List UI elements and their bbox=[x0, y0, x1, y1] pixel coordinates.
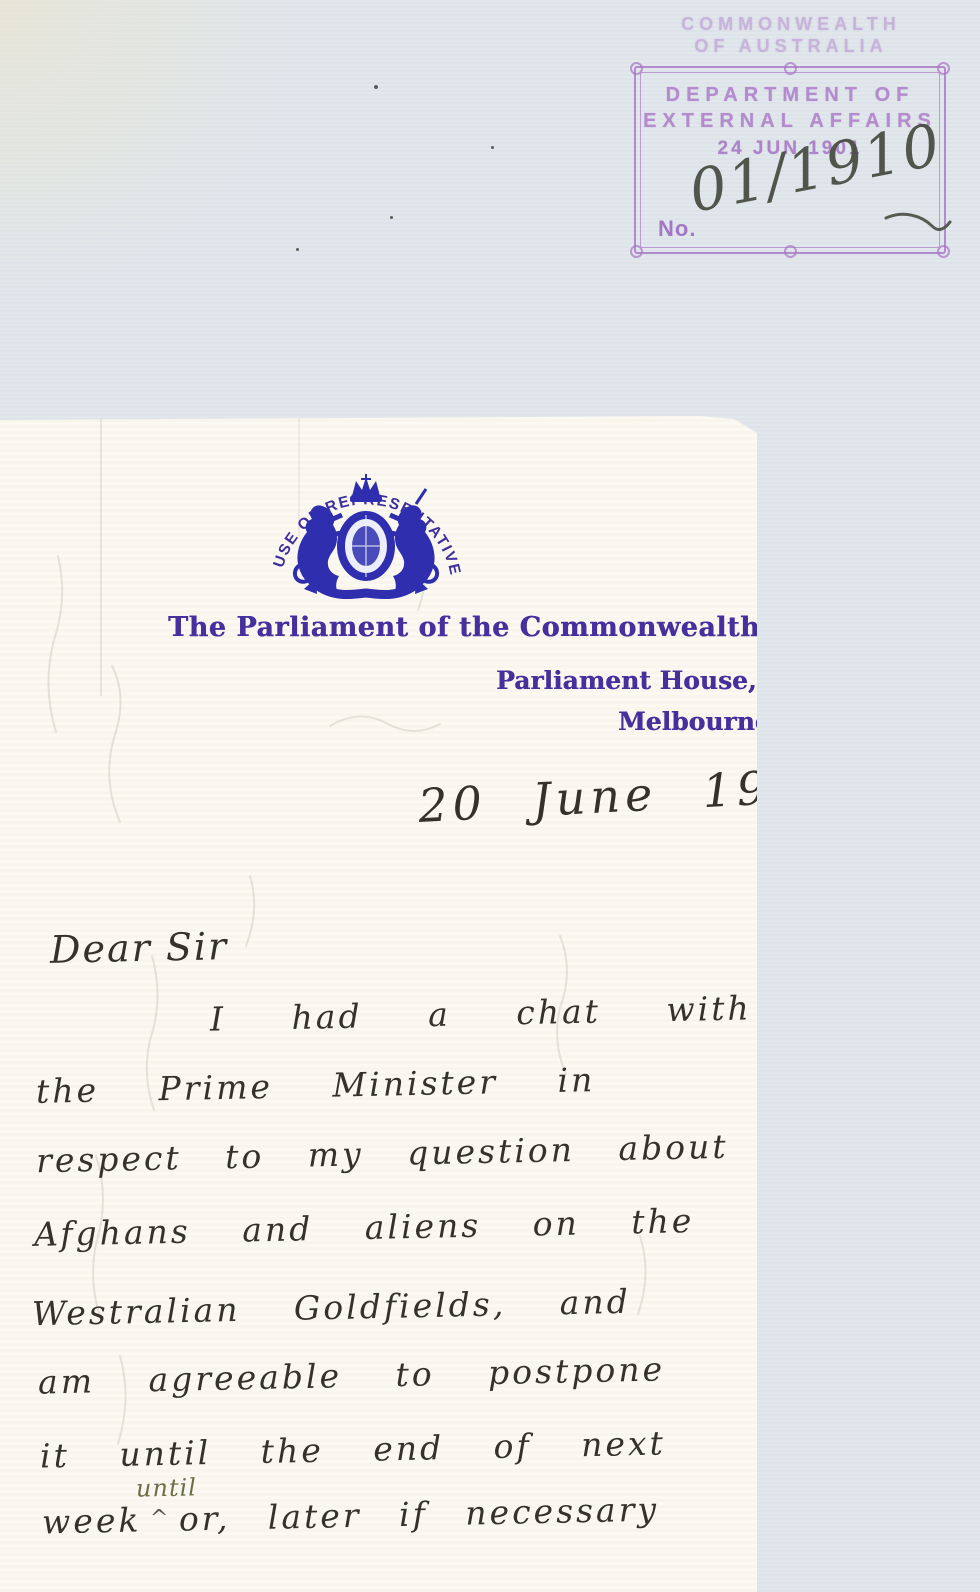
stamp-ornament bbox=[784, 245, 797, 258]
stamp-number-flourish bbox=[884, 210, 952, 240]
stamp-ornament bbox=[630, 62, 643, 75]
stamp-dept-line1: DEPARTMENT OF bbox=[636, 84, 944, 107]
crown-icon bbox=[350, 474, 382, 502]
ink-speck bbox=[491, 146, 494, 149]
stamp-ornament bbox=[784, 62, 797, 75]
stamp-ornament bbox=[937, 62, 950, 75]
stamp-border-box: DEPARTMENT OF EXTERNAL AFFAIRS 24 JUN 19… bbox=[634, 66, 946, 254]
body-line: I had a chat with bbox=[210, 988, 752, 1038]
stamp-header-line2: OF AUSTRALIA bbox=[630, 36, 952, 57]
insertion-word: until bbox=[136, 1473, 197, 1502]
ink-speck bbox=[374, 85, 378, 89]
stamp-ornament bbox=[937, 245, 950, 258]
body-line: Afghans and aliens on the bbox=[34, 1201, 695, 1254]
ink-speck bbox=[296, 248, 299, 251]
body-line: Westralian Goldfields, and bbox=[32, 1282, 631, 1334]
letter-date: 20 June 1901 bbox=[417, 757, 841, 833]
body-line: the Prime Minister in bbox=[36, 1060, 596, 1111]
body-line: it until the end of next bbox=[40, 1423, 667, 1475]
letter-page: HOUSE OF REPRESENTATIVES. bbox=[0, 416, 757, 1592]
letterhead-org: The Parliament of the Commonwealth, bbox=[168, 612, 770, 643]
insertion-caret: ^ bbox=[150, 1506, 169, 1531]
body-line: respect to my question about bbox=[36, 1127, 729, 1180]
scanned-document: COMMONWEALTH OF AUSTRALIA DEPARTMENT OF … bbox=[0, 0, 980, 1592]
body-line: am agreeable to postpone bbox=[38, 1349, 666, 1401]
ink-speck bbox=[390, 216, 393, 219]
body-line: week or, later if necessary bbox=[42, 1490, 660, 1542]
department-stamp: COMMONWEALTH OF AUSTRALIA DEPARTMENT OF … bbox=[630, 8, 952, 256]
letterhead-address2: Melbourne. bbox=[618, 707, 779, 736]
stamp-header-line1: COMMONWEALTH bbox=[630, 14, 952, 35]
stamp-no-label: No. bbox=[658, 216, 696, 242]
garter-icon bbox=[341, 515, 391, 577]
letter-salutation: Dear Sir bbox=[50, 924, 229, 972]
stamp-ornament bbox=[630, 245, 643, 258]
letterhead-address1: Parliament House, bbox=[496, 666, 757, 695]
royal-crest: HOUSE OF REPRESENTATIVES. bbox=[266, 444, 466, 612]
page-crease bbox=[100, 416, 102, 696]
